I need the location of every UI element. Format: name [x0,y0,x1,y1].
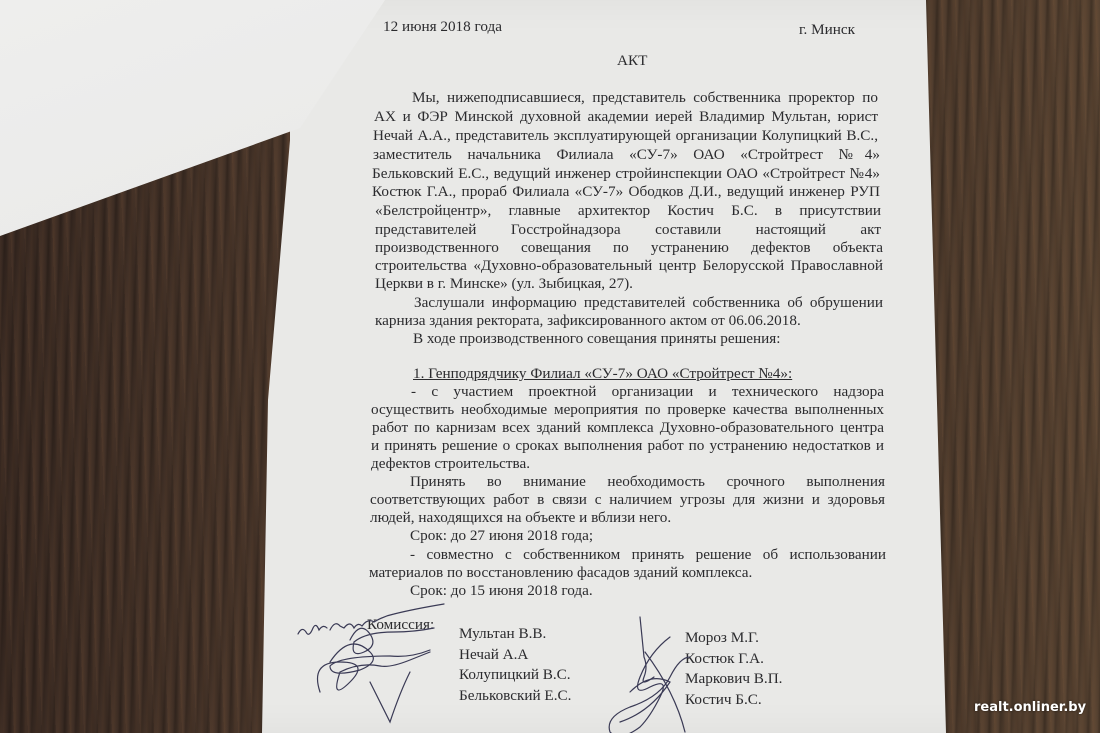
note-line: соответствующих работ в связи с наличием… [370,491,885,510]
intro-line: Костюк Г.А., прораб Филиала «СУ-7» Ободк… [372,183,880,202]
note-line: Принять во внимание необходимость срочно… [410,473,885,492]
commission-member: Мультан В.В. [459,624,571,645]
intro-line: Мы, нижеподписавшиеся, представитель соб… [412,89,878,108]
note-line: людей, находящихся на объекте и вблизи н… [370,509,671,528]
intro-line: представителей Госстройнадзора составили… [375,221,881,240]
commission-member: Колупицкий В.С. [459,665,571,686]
commission-member: Бельковский Е.С. [459,686,571,707]
act-document: 12 июня 2018 года г. Минск АКТ Мы, нижеп… [0,0,1100,733]
commission-member: Нечай А.А [459,645,571,666]
intro-line: заместитель начальника Филиала «СУ-7» ОА… [373,146,880,165]
task2-line: - совместно с собственником принять реше… [410,546,886,565]
intro-line: строительства «Духовно-образовательный ц… [375,257,883,276]
heard-line: карниза здания ректората, зафиксированно… [375,312,801,331]
document-title: АКТ [617,52,647,71]
task1-line: и принять решение о сроках выполнения ра… [371,437,884,456]
task1-line: - с участием проектной организации и тех… [411,383,884,402]
intro-line: «Белстройцентр», главные архитектор Кост… [375,202,881,221]
commission-left-names: Мультан В.В. Нечай А.А Колупицкий В.С. Б… [459,624,571,706]
intro-line: АХ и ФЭР Минской духовной академии иерей… [374,108,878,127]
watermark: realt.onliner.by [974,700,1086,715]
task2-line: материалов по восстановлению фасадов зда… [369,564,752,583]
signatures-right-icon [600,612,700,733]
deadline-2: Срок: до 15 июня 2018 года. [410,582,593,601]
item1-heading: 1. Генподрядчику Филиал «СУ-7» ОАО «Стро… [413,365,792,384]
task1-line: работ по карнизам всех зданий комплекса … [372,419,884,438]
intro-line: Церкви в г. Минске» (ул. Зыбицкая, 27). [375,275,633,294]
document-city: г. Минск [799,21,855,40]
signatures-left-icon [290,612,470,722]
decisions-intro: В ходе производственного совещания приня… [413,330,781,349]
intro-line: Бельковский Е.С., ведущий инженер стройи… [372,165,880,184]
heard-line: Заслушали информацию представителей собс… [414,294,883,313]
intro-line: Нечай А.А., представитель эксплуатирующе… [373,127,878,146]
document-date: 12 июня 2018 года [383,18,502,37]
task1-line: дефектов строительства. [371,455,530,474]
task1-line: осуществить необходимые мероприятия по п… [371,401,884,420]
deadline-1: Срок: до 27 июня 2018 года; [410,527,593,546]
intro-line: производственного совещания по устранени… [375,239,883,258]
